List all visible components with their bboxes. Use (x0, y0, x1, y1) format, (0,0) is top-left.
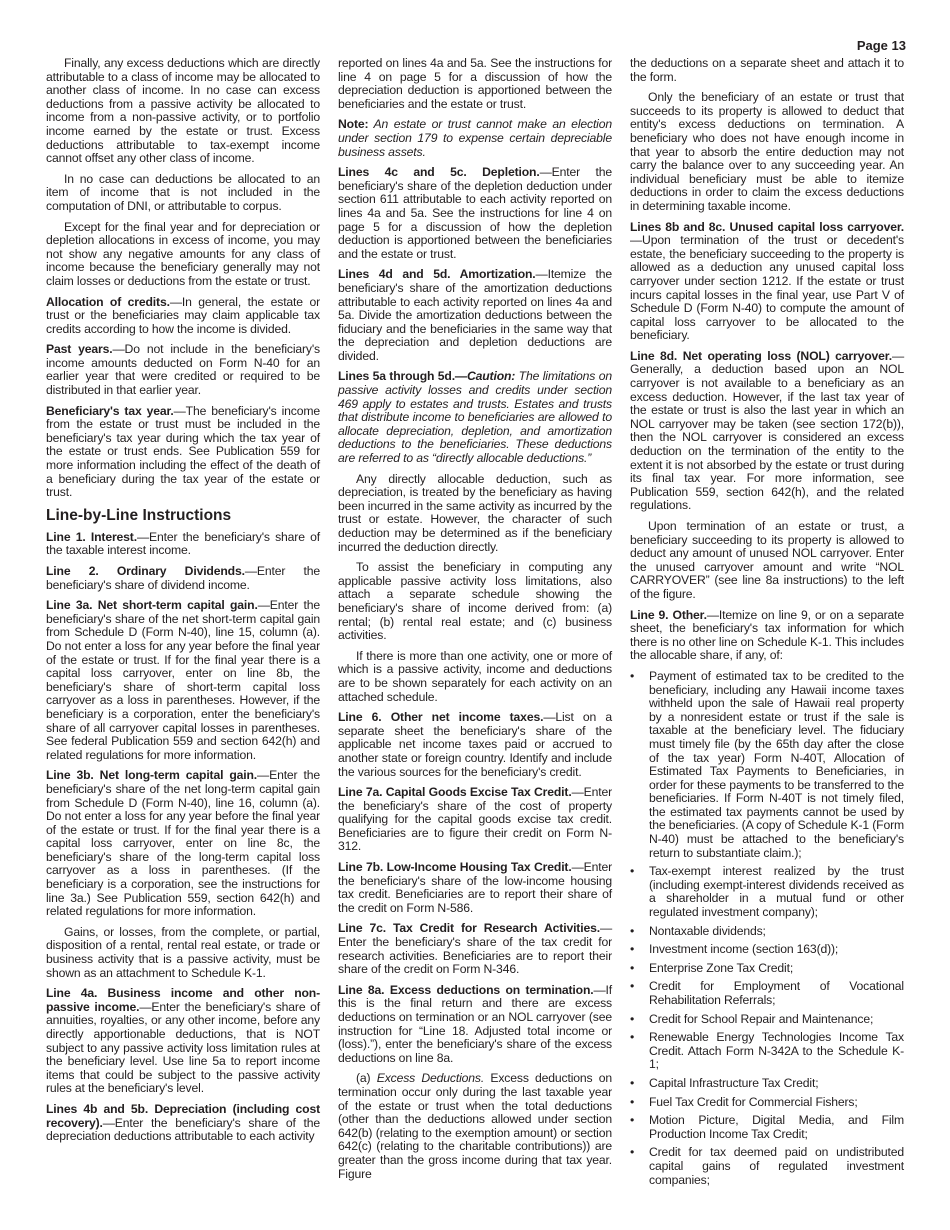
run-in-heading: Lines 4d and 5d. Amortization. (338, 267, 536, 281)
run-in-heading: Allocation of credits. (46, 295, 170, 309)
paragraph-only-beneficiary: Only the beneficiary of an estate or tru… (630, 91, 904, 213)
section-lines-4b-5b: Lines 4b and 5b. Depreciation (including… (46, 1103, 320, 1144)
section-line-2: Line 2. Ordinary Dividends.—Enter the be… (46, 565, 320, 592)
list-item: Credit for School Repair and Maintenance… (630, 1013, 904, 1027)
list-item: Nontaxable dividends; (630, 925, 904, 939)
body-text: —The beneficiary's income from the estat… (46, 404, 320, 500)
section-past-years: Past years.—Do not include in the benefi… (46, 343, 320, 397)
section-line-9: Line 9. Other.—Itemize on line 9, or on … (630, 609, 904, 663)
body-text: —Enter the beneficiary's share of the de… (338, 165, 612, 261)
section-lines-4d-5d: Lines 4d and 5d. Amortization.—Itemize t… (338, 268, 612, 363)
list-item: Investment income (section 163(d)); (630, 943, 904, 957)
run-in-heading: Line 3b. Net long-term capital gain. (46, 768, 257, 782)
body-text: —Generally, a deduction based upon an NO… (630, 349, 904, 513)
paragraph-assist-beneficiary: To assist the beneficiary in computing a… (338, 561, 612, 643)
section-line-3a: Line 3a. Net short-term capital gain.—En… (46, 599, 320, 762)
note-label: Note: (338, 117, 368, 131)
section-lines-5a-5d: Lines 5a through 5d.—Caution: The limita… (338, 370, 612, 465)
section-line-3b: Line 3b. Net long-term capital gain.—Ent… (46, 769, 320, 919)
section-lines-4c-5c: Lines 4c and 5c. Depletion.—Enter the be… (338, 166, 612, 261)
section-line-7c: Line 7c. Tax Credit for Research Activit… (338, 922, 612, 976)
paragraph-excess-deductions-a: (a) Excess Deductions. Excess deductions… (338, 1072, 612, 1181)
paragraph-continued: the deductions on a separate sheet and a… (630, 57, 904, 84)
run-in-heading: Beneficiary's tax year. (46, 404, 174, 418)
run-in-heading: Line 7c. Tax Credit for Research Activit… (338, 921, 600, 935)
run-in-heading: Line 8d. Net operating loss (NOL) carryo… (630, 349, 892, 363)
body-text: —Enter the beneficiary's share of the ne… (46, 768, 320, 918)
paragraph-continued: reported on lines 4a and 5a. See the ins… (338, 57, 612, 111)
column-2: reported on lines 4a and 5a. See the ins… (338, 57, 612, 1188)
item-marker: (a) (356, 1071, 377, 1085)
list-item: Credit for tax deemed paid on undistribu… (630, 1146, 904, 1187)
run-in-heading: Line 9. Other. (630, 608, 707, 622)
paragraph-directly-allocable: Any directly allocable deduction, such a… (338, 473, 612, 555)
item-title: Excess Deductions. (377, 1071, 484, 1085)
paragraph-unused-nol: Upon termination of an estate or trust, … (630, 520, 904, 602)
list-item: Capital Infrastructure Tax Credit; (630, 1077, 904, 1091)
list-item: Credit for Employment of Vocational Reha… (630, 980, 904, 1007)
note-section-179: Note: An estate or trust cannot make an … (338, 118, 612, 159)
section-line-7b: Line 7b. Low-Income Housing Tax Credit.—… (338, 861, 612, 915)
list-item: Payment of estimated tax to be credited … (630, 670, 904, 860)
run-in-heading: Lines 5a through 5d.— (338, 369, 467, 383)
body-text: Excess deductions on termination occur o… (338, 1071, 612, 1180)
run-in-heading: Line 3a. Net short-term capital gain. (46, 598, 258, 612)
section-lines-8b-8c: Lines 8b and 8c. Unused capital loss car… (630, 221, 904, 343)
run-in-heading: Lines 4c and 5c. Depletion. (338, 165, 540, 179)
body-text: —Enter the beneficiary's share of annuit… (46, 1000, 320, 1096)
section-line-1: Line 1. Interest.—Enter the beneficiary'… (46, 531, 320, 558)
section-line-4a: Line 4a. Business income and other non-p… (46, 987, 320, 1096)
run-in-heading: Line 7a. Capital Goods Excise Tax Credit… (338, 785, 572, 799)
list-item: Motion Picture, Digital Media, and Film … (630, 1114, 904, 1141)
column-3: the deductions on a separate sheet and a… (630, 57, 904, 1192)
run-in-heading: Past years. (46, 342, 113, 356)
page-number: Page 13 (857, 38, 906, 53)
run-in-heading: Lines 8b and 8c. Unused capital loss car… (630, 220, 904, 234)
list-item: Renewable Energy Technologies Income Tax… (630, 1031, 904, 1072)
paragraph-more-than-one-activity: If there is more than one activity, one … (338, 650, 612, 704)
section-allocation-of-credits: Allocation of credits.—In general, the e… (46, 296, 320, 337)
list-item: Enterprise Zone Tax Credit; (630, 962, 904, 976)
run-in-heading: Line 1. Interest. (46, 530, 137, 544)
run-in-heading: Line 8a. Excess deductions on terminatio… (338, 983, 593, 997)
run-in-heading: Line 6. Other net income taxes. (338, 710, 543, 724)
paragraph-no-case: In no case can deductions be allocated t… (46, 173, 320, 214)
section-line-8d: Line 8d. Net operating loss (NOL) carryo… (630, 350, 904, 513)
body-text: —Upon termination of the trust or decede… (630, 233, 904, 342)
section-line-8a: Line 8a. Excess deductions on terminatio… (338, 984, 612, 1066)
body-text: —Enter the beneficiary's share of the ne… (46, 598, 320, 762)
caution-label: Caution: (467, 369, 515, 383)
section-line-7a: Line 7a. Capital Goods Excise Tax Credit… (338, 786, 612, 854)
run-in-heading: Line 2. Ordinary Dividends. (46, 564, 245, 578)
paragraph-except-final-year: Except for the final year and for deprec… (46, 221, 320, 289)
section-beneficiary-tax-year: Beneficiary's tax year.—The beneficiary'… (46, 405, 320, 500)
list-item: Fuel Tax Credit for Commercial Fishers; (630, 1096, 904, 1110)
run-in-heading: Line 7b. Low-Income Housing Tax Credit. (338, 860, 572, 874)
column-1: Finally, any excess deductions which are… (46, 57, 320, 1151)
caution-text: The limitations on passive activity loss… (338, 369, 612, 465)
section-heading-line-by-line: Line-by-Line Instructions (46, 507, 320, 525)
note-text: An estate or trust cannot make an electi… (338, 117, 612, 158)
paragraph-excess-deductions: Finally, any excess deductions which are… (46, 57, 320, 166)
body-text: —Itemize the beneficiary's share of the … (338, 267, 612, 363)
section-line-6: Line 6. Other net income taxes.—List on … (338, 711, 612, 779)
paragraph-gains-losses: Gains, or losses, from the complete, or … (46, 926, 320, 980)
line-9-items-list: Payment of estimated tax to be credited … (630, 670, 904, 1187)
list-item: Tax-exempt interest realized by the trus… (630, 865, 904, 919)
